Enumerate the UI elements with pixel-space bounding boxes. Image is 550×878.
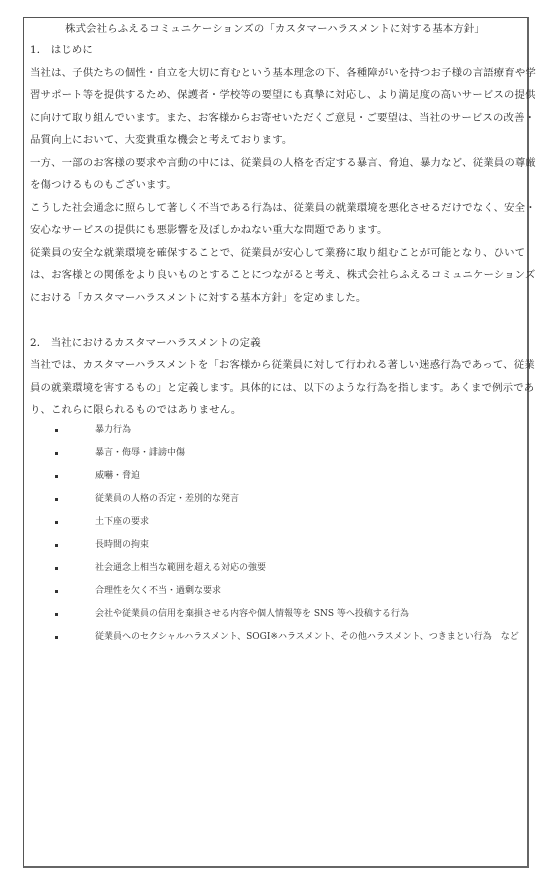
paragraph-line: 当社では、カスタマーハラスメントを「お客様から従業員に対して行われる著しい迷惑行… xyxy=(30,358,535,372)
section-2-heading: 2． 当社におけるカスタマーハラスメントの定義 xyxy=(30,336,261,350)
paragraph-line: 一方、一部のお客様の要求や言動の中には、従業員の人格を否定する暴言、脅迫、暴力な… xyxy=(30,156,536,170)
bullet-icon xyxy=(55,452,58,455)
bullet-icon xyxy=(55,498,58,501)
paragraph-line: 安心なサービスの提供にも悪影響を及ぼしかねない重大な問題であります。 xyxy=(30,223,388,237)
bullet-icon xyxy=(55,636,58,639)
document-title: 株式会社らふえるコミュニケーションズの「カスタマーハラスメントに対する基本方針」 xyxy=(0,22,550,36)
paragraph-line: 当社は、子供たちの個性・自立を大切に育むという基本理念の下、各種障がいを持つお子… xyxy=(30,66,536,80)
paragraph-line: に向けて取り組んでいます。また、お客様からお寄せいただくご意見・ご要望は、当社の… xyxy=(30,111,535,125)
bullet-icon xyxy=(55,567,58,570)
paragraph-line: 習サポート等を提供するため、保護者・学校等の要望にも真摯に対応し、より満足度の高… xyxy=(30,88,536,102)
bullet-icon xyxy=(55,590,58,593)
bullet-icon xyxy=(55,521,58,524)
paragraph-line: 品質向上において、大変貴重な機会と考えております。 xyxy=(30,133,292,147)
paragraph-line: 従業員の安全な就業環境を確保することで、従業員が安心して業務に取り組むことが可能… xyxy=(30,246,525,260)
bullet-icon xyxy=(55,544,58,547)
bullet-icon xyxy=(55,475,58,478)
section-1-heading: 1． はじめに xyxy=(30,43,93,57)
paragraph-line: り、これらに限られるものではありません。 xyxy=(30,403,241,417)
paragraph-line: を傷つけるものもございます。 xyxy=(30,178,177,192)
bullet-icon xyxy=(55,429,58,432)
paragraph-line: における「カスタマーハラスメントに対する基本方針」を定めました。 xyxy=(30,291,366,305)
paragraph-line: こうした社会通念に照らして著しく不当である行為は、従業員の就業環境を悪化させるだ… xyxy=(30,201,536,215)
bullet-icon xyxy=(55,613,58,616)
paragraph-line: 員の就業環境を害するもの」と定義します。具体的には、以下のような行為を指します。… xyxy=(30,381,534,395)
paragraph-line: は、お客様との関係をより良いものとすることにつながると考え、株式会社らふえるコミ… xyxy=(30,268,535,282)
